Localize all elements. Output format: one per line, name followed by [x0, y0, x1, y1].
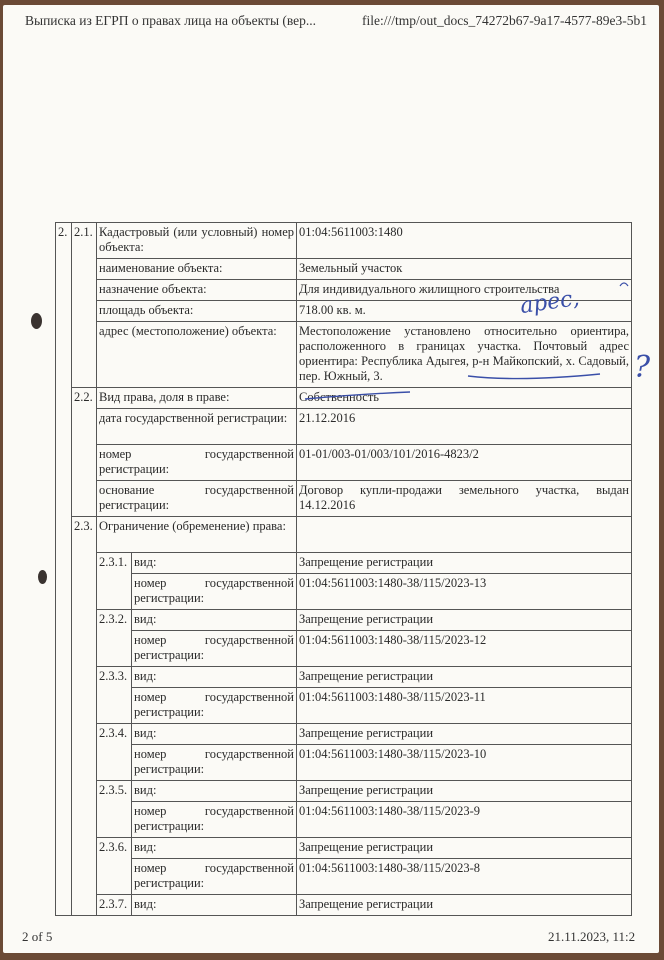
- print-timestamp: 21.11.2023, 11:2: [548, 929, 635, 945]
- pen-underline-strokes: [0, 0, 664, 960]
- print-page-indicator: 2 of 5: [22, 929, 52, 945]
